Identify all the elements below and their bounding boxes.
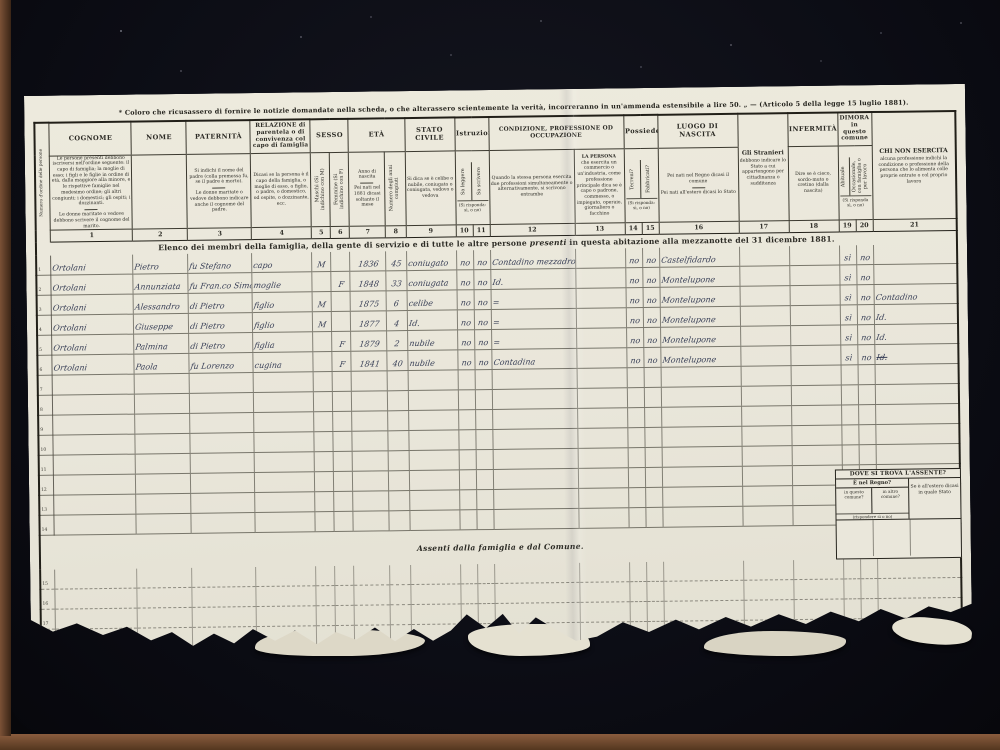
cell-anno: 1848 [350, 271, 386, 291]
terreni-label: Terreni? [630, 169, 636, 190]
infermita-note: Dire se è cieco, sordo-muto o cretino (d… [788, 145, 839, 220]
cell-anno: 1875 [351, 291, 387, 311]
cell-persona [577, 368, 627, 389]
cell-terreni [627, 428, 644, 448]
col-stato-title: STATO CIVILE [404, 117, 454, 151]
cell-fabbricati [646, 562, 663, 582]
cell-stranieri [741, 386, 791, 407]
cell-f [334, 492, 353, 512]
cell-persona [580, 602, 630, 623]
cell-cognome: Ortolani [52, 334, 134, 355]
cell-leggere: no [457, 330, 474, 350]
cell-paternita: fu Lorenzo [189, 353, 253, 374]
cell-anno [352, 391, 388, 411]
cell-anni: 45 [386, 251, 406, 271]
cell-m [314, 432, 333, 452]
cell-condizione [494, 583, 579, 604]
cell-scrivere [478, 604, 495, 624]
cell-stranieri [742, 486, 792, 507]
cell-chi [875, 424, 959, 445]
cell-occasionale: no [857, 325, 874, 345]
cell-m [315, 472, 334, 492]
cell-nome [135, 394, 190, 415]
cell-condizione [494, 563, 579, 584]
cell-anni [388, 411, 408, 431]
cell-chi [875, 384, 959, 405]
cell-relazione: figlia [253, 332, 313, 353]
cell-anni [389, 491, 409, 511]
cell-condizione: Contadina [491, 349, 576, 370]
cell-scrivere [475, 390, 492, 410]
cell-anno [352, 371, 388, 391]
cell-abituale [841, 405, 858, 425]
cell-persona [577, 408, 627, 429]
cell-abituale [842, 445, 859, 465]
cell-leggere [460, 584, 477, 604]
cell-stato [408, 410, 458, 431]
cell-stranieri [739, 266, 789, 287]
cell-leggere: no [457, 350, 474, 370]
cell-abituale [843, 579, 860, 599]
cell-m [313, 332, 332, 352]
cell-fabbricati [644, 388, 661, 408]
cell-n: 11 [39, 455, 54, 475]
cell-terreni [627, 368, 644, 388]
cell-cognome [54, 474, 136, 495]
possiede-nota: (Si risponda: sì, o no) [626, 198, 657, 210]
cell-relazione [257, 606, 317, 627]
cell-luogo: Castelfidardo [659, 247, 739, 268]
dimora-nota: (Si risponda sì, o no) [840, 195, 871, 207]
cell-terreni: no [626, 308, 643, 328]
col-luogo-title: LUOGO DI NASCITA [657, 114, 737, 148]
cell-abituale: sì [839, 246, 856, 266]
cell-luogo: Montelupone [660, 347, 740, 368]
cell-persona [576, 288, 626, 309]
dust-specks [120, 30, 122, 32]
cell-anni [388, 431, 408, 451]
cell-relazione [254, 432, 314, 453]
cell-occasionale [858, 385, 875, 405]
cell-persona [576, 328, 626, 349]
cell-m: M [312, 252, 331, 272]
col-stranieri-header: Gli Stranieri debbono indicare lo Stato … [737, 113, 788, 221]
stato-note: Si dica se è celibe o nubile, coniugato … [405, 150, 456, 225]
condizione-note: Quando la stessa persona esercita due pr… [489, 149, 575, 225]
cell-paternita [193, 607, 257, 628]
cell-leggere [459, 510, 476, 530]
cell-fabbricati [645, 508, 662, 528]
cell-stato [409, 470, 459, 491]
cell-anni: 6 [387, 291, 407, 311]
cell-luogo [663, 581, 743, 602]
cell-infermita [791, 365, 841, 386]
cell-condizione [493, 489, 578, 510]
cell-m: M [313, 292, 332, 312]
cell-occasionale: no [857, 285, 874, 305]
cell-leggere [458, 370, 475, 390]
cell-chi [873, 264, 957, 285]
cell-stranieri [740, 346, 790, 367]
cell-leggere [458, 410, 475, 430]
cell-persona [578, 448, 628, 469]
cell-luogo [662, 467, 742, 488]
cell-stato [408, 370, 458, 391]
cell-anni [390, 565, 410, 585]
cell-stato [408, 430, 458, 451]
cell-terreni [629, 562, 646, 582]
cell-scrivere: no [473, 270, 490, 290]
cell-condizione: = [491, 329, 576, 350]
cell-n: 6 [37, 355, 52, 375]
col-chi-note: alcuna professione indichi la condizione… [873, 156, 954, 186]
cell-scrivere: no [474, 310, 491, 330]
cell-relazione: capo [252, 253, 312, 273]
cell-cognome [53, 394, 135, 415]
cell-paternita [190, 433, 254, 454]
cell-m [315, 452, 334, 472]
cell-infermita [793, 560, 843, 580]
cell-n: 14 [39, 515, 54, 535]
cell-relazione [256, 567, 316, 587]
cell-occasionale [858, 405, 875, 425]
cell-leggere [458, 390, 475, 410]
cell-luogo [662, 507, 742, 528]
cell-infermita [791, 405, 841, 426]
cell-infermita [792, 445, 842, 466]
cell-leggere: no [457, 290, 474, 310]
cell-scrivere [477, 584, 494, 604]
cell-scrivere: no [473, 250, 490, 270]
cell-anno: 1879 [351, 331, 387, 351]
cell-stranieri [740, 326, 790, 347]
cell-n: 16 [40, 589, 55, 609]
cell-m [313, 352, 332, 372]
col-chi-title: CHI NON ESERCITA [873, 147, 954, 155]
cell-nome [135, 374, 190, 395]
cell-paternita [191, 453, 255, 474]
cell-n: 7 [38, 375, 53, 395]
cell-paternita [192, 587, 256, 608]
cell-n: 8 [38, 395, 53, 415]
cell-infermita [790, 345, 840, 366]
cell-cognome [55, 569, 137, 590]
cell-terreni [628, 448, 645, 468]
cell-paternita: di Pietro [189, 333, 253, 354]
cell-luogo [663, 561, 743, 582]
col-paternita-title: PATERNITÀ [186, 120, 250, 154]
fabbricati-label: Fabbricati? [646, 165, 652, 193]
abituale-label: Abituale [841, 166, 847, 187]
cell-f [334, 452, 353, 472]
col-stranieri-note: debbono indicare lo Stato a cui apparten… [739, 158, 786, 187]
cell-m [315, 512, 334, 532]
cell-fabbricati [644, 368, 661, 388]
cell-leggere [458, 430, 475, 450]
cell-paternita: fu Stefano [188, 253, 252, 273]
col-infermita-title: INFERMITÀ [787, 112, 837, 146]
cell-nome: Giuseppe [134, 314, 189, 335]
cell-relazione [255, 512, 315, 533]
cell-f [331, 252, 350, 272]
cell-n: 5 [37, 335, 52, 355]
cell-chi [877, 558, 961, 579]
cell-terreni: no [626, 348, 643, 368]
cell-anno [352, 411, 388, 431]
cell-chi [877, 578, 961, 599]
cell-fabbricati [647, 602, 664, 622]
cell-nome: Pietro [133, 254, 188, 274]
cell-relazione [255, 452, 315, 473]
cell-n: 1 [36, 256, 51, 276]
cell-cognome: Ortolani [51, 255, 133, 276]
luogo-note: Pei nati nel Regno dicasi il comunePei n… [658, 147, 739, 223]
cell-scrivere [476, 510, 493, 530]
sesso-femmine: Femmine (Si indichino con F) [330, 152, 350, 227]
cell-condizione: Contadino mezzadro [490, 249, 575, 270]
cell-anno [353, 491, 389, 511]
cell-paternita [191, 513, 255, 534]
cell-abituale: sì [840, 345, 857, 365]
cell-f: F [332, 332, 351, 352]
cell-infermita [790, 305, 840, 326]
cell-condizione: Id. [490, 269, 575, 290]
cell-leggere: no [456, 251, 473, 271]
serial-column-header: Numero d'ordine delle persone [34, 123, 51, 243]
cell-nome [135, 434, 190, 455]
cell-condizione [492, 369, 577, 390]
cell-n: 4 [37, 315, 52, 335]
cell-terreni: no [625, 248, 642, 268]
cell-leggere [459, 450, 476, 470]
cell-occasionale: no [857, 305, 874, 325]
cell-stato: coniugata [406, 270, 456, 291]
cell-stato: Id. [407, 310, 457, 331]
cell-condizione [493, 469, 578, 490]
cell-paternita: fu Fran.co Simonetti [188, 273, 252, 294]
cell-cognome [53, 414, 135, 435]
cell-f [332, 312, 351, 332]
table-header: Numero d'ordine delle persone COGNOME NO… [34, 111, 957, 243]
cell-f [335, 586, 354, 606]
cell-luogo: Montelupone [660, 327, 740, 348]
cell-infermita [790, 325, 840, 346]
col-relazione-title: RELAZIONE di parentela o di convivenza c… [250, 119, 310, 153]
cell-stato: coniugato [406, 251, 456, 271]
cell-persona [576, 348, 626, 369]
cell-terreni [630, 602, 647, 622]
cell-paternita [191, 493, 255, 514]
cell-scrivere: no [474, 330, 491, 350]
cell-condizione: = [491, 289, 576, 310]
cell-stato [410, 584, 460, 605]
cell-cognome: Ortolani [52, 314, 134, 335]
cell-anni: 2 [387, 331, 407, 351]
cell-occasionale [860, 559, 877, 579]
cell-stato [411, 604, 461, 625]
cell-infermita [789, 246, 839, 266]
cell-anni [389, 451, 409, 471]
cell-abituale [841, 425, 858, 445]
cell-luogo [661, 387, 741, 408]
cell-paternita [190, 393, 254, 414]
cell-cognome: Ortolani [51, 274, 133, 295]
cell-paternita: di Pietro [189, 293, 253, 314]
cell-nome [138, 608, 193, 629]
cell-abituale [843, 560, 860, 580]
cell-nome [136, 454, 191, 475]
cell-persona [575, 268, 625, 289]
cell-anno: 1836 [350, 252, 386, 272]
cell-f [335, 566, 354, 586]
cell-cognome [53, 374, 135, 395]
cell-condizione [492, 389, 577, 410]
cell-m: M [313, 312, 332, 332]
cell-fabbricati: no [642, 248, 659, 268]
cell-relazione [254, 412, 314, 433]
cell-terreni [628, 508, 645, 528]
cell-nome [135, 414, 190, 435]
cell-cognome [54, 454, 136, 475]
cell-chi: Id. [874, 344, 958, 365]
cell-n: 15 [40, 570, 55, 590]
cell-cognome [56, 608, 138, 629]
cell-stranieri [740, 306, 790, 327]
cell-leggere [460, 564, 477, 584]
absent-location-box: DOVE SI TROVA L'ASSENTE? È nel Regno? in… [835, 468, 962, 560]
cell-cognome [54, 514, 136, 535]
cell-m [316, 586, 335, 606]
cell-scrivere [477, 564, 494, 584]
cell-anni: 4 [387, 311, 407, 331]
istruzione-subcolumns: Sa leggere Sa scrivere (Si risponda: sì,… [455, 150, 490, 225]
cell-anni [390, 585, 410, 605]
cell-relazione: cugina [253, 352, 313, 373]
col-stranieri-title: Gli Stranieri [739, 149, 786, 157]
cell-relazione [254, 372, 314, 393]
cell-relazione: figlio [253, 292, 313, 313]
cell-m [314, 372, 333, 392]
cell-n: 3 [37, 295, 52, 315]
cell-stranieri [742, 466, 792, 487]
col-sesso-title: SESSO [310, 119, 348, 152]
cell-relazione: figlio [253, 312, 313, 333]
cell-scrivere [475, 430, 492, 450]
cell-fabbricati [645, 468, 662, 488]
cell-cognome [54, 494, 136, 515]
cell-m [312, 272, 331, 292]
cell-leggere: no [456, 270, 473, 290]
cell-n: 13 [39, 495, 54, 515]
cell-anni [388, 391, 408, 411]
cell-persona [579, 582, 629, 603]
census-table: Numero d'ordine delle persone COGNOME NO… [33, 110, 963, 671]
cell-infermita [790, 285, 840, 306]
cell-anno [354, 566, 390, 586]
cell-stato [409, 510, 459, 531]
cell-stato: nubile [407, 350, 457, 371]
la-persona-note: LA PERSONA che esercita un commercio o u… [574, 148, 625, 223]
cell-scrivere [476, 490, 493, 510]
cell-n: 2 [36, 275, 51, 295]
cell-fabbricati [644, 408, 661, 428]
cell-terreni [629, 582, 646, 602]
cell-scrivere: no [474, 290, 491, 310]
cell-persona [576, 308, 626, 329]
cell-relazione [256, 586, 316, 607]
possiede-subcolumns: Terreni? Fabbricati? (Si risponda: sì, o… [624, 148, 659, 223]
cell-stranieri [739, 246, 789, 266]
cell-paternita [192, 567, 256, 587]
absent-box-empty-cells [837, 519, 961, 557]
wood-table-edge-left [0, 0, 11, 736]
relazione-note: Dicasi se la persona è il capo della fam… [251, 152, 312, 228]
cell-leggere: no [457, 310, 474, 330]
cell-f: F [331, 272, 350, 292]
absent-box-nota: (rispondere sì o no) [836, 513, 908, 520]
cell-luogo [664, 601, 744, 622]
cell-infermita [793, 579, 843, 600]
cell-occasionale: no [857, 345, 874, 365]
cell-luogo [662, 487, 742, 508]
cell-luogo [661, 367, 741, 388]
cell-cognome: Ortolani [52, 294, 134, 315]
cell-abituale: sì [840, 325, 857, 345]
cell-stranieri [741, 426, 791, 447]
col-possiede-title: Possiede [623, 115, 657, 148]
cell-stranieri [742, 506, 792, 527]
cell-condizione [493, 509, 578, 530]
cell-fabbricati [645, 448, 662, 468]
cell-abituale: sì [840, 285, 857, 305]
cell-anni: 40 [387, 351, 407, 371]
cell-luogo [661, 407, 741, 428]
cell-scrivere [476, 450, 493, 470]
cell-fabbricati: no [643, 308, 660, 328]
cell-paternita [190, 373, 254, 394]
cell-luogo: Montelupone [660, 287, 740, 308]
cell-luogo [662, 447, 742, 468]
cell-stranieri [743, 580, 793, 601]
cell-terreni [628, 468, 645, 488]
col-dimora-title: DIMORA in questo comune [837, 112, 871, 145]
cell-anni [391, 605, 411, 625]
cell-condizione [493, 449, 578, 470]
col-cognome-title: COGNOME [49, 122, 131, 156]
sesso-maschi: Maschi (Si indichino con M) [311, 152, 331, 227]
cell-nome [137, 588, 192, 609]
cell-f [334, 472, 353, 492]
cell-occasionale [858, 425, 875, 445]
cell-f [336, 606, 355, 626]
cell-stato: celibe [407, 290, 457, 311]
cell-fabbricati: no [642, 268, 659, 288]
cell-anno [354, 585, 390, 605]
sa-leggere-label: Sa leggere [461, 168, 467, 195]
cell-n: 10 [38, 435, 53, 455]
cell-occasionale [858, 365, 875, 385]
cell-nome: Palmina [134, 334, 189, 355]
cell-occasionale: no [856, 265, 873, 285]
cell-infermita [791, 385, 841, 406]
paternita-note: Si indichi il nome del padre (colla prem… [187, 153, 252, 229]
cell-cognome: Ortolani [52, 354, 134, 375]
eta-anni-note: Numero degli anni compiuti [385, 151, 406, 226]
cell-relazione [255, 472, 315, 493]
cell-f [333, 372, 352, 392]
cell-m [314, 412, 333, 432]
cell-fabbricati [644, 428, 661, 448]
